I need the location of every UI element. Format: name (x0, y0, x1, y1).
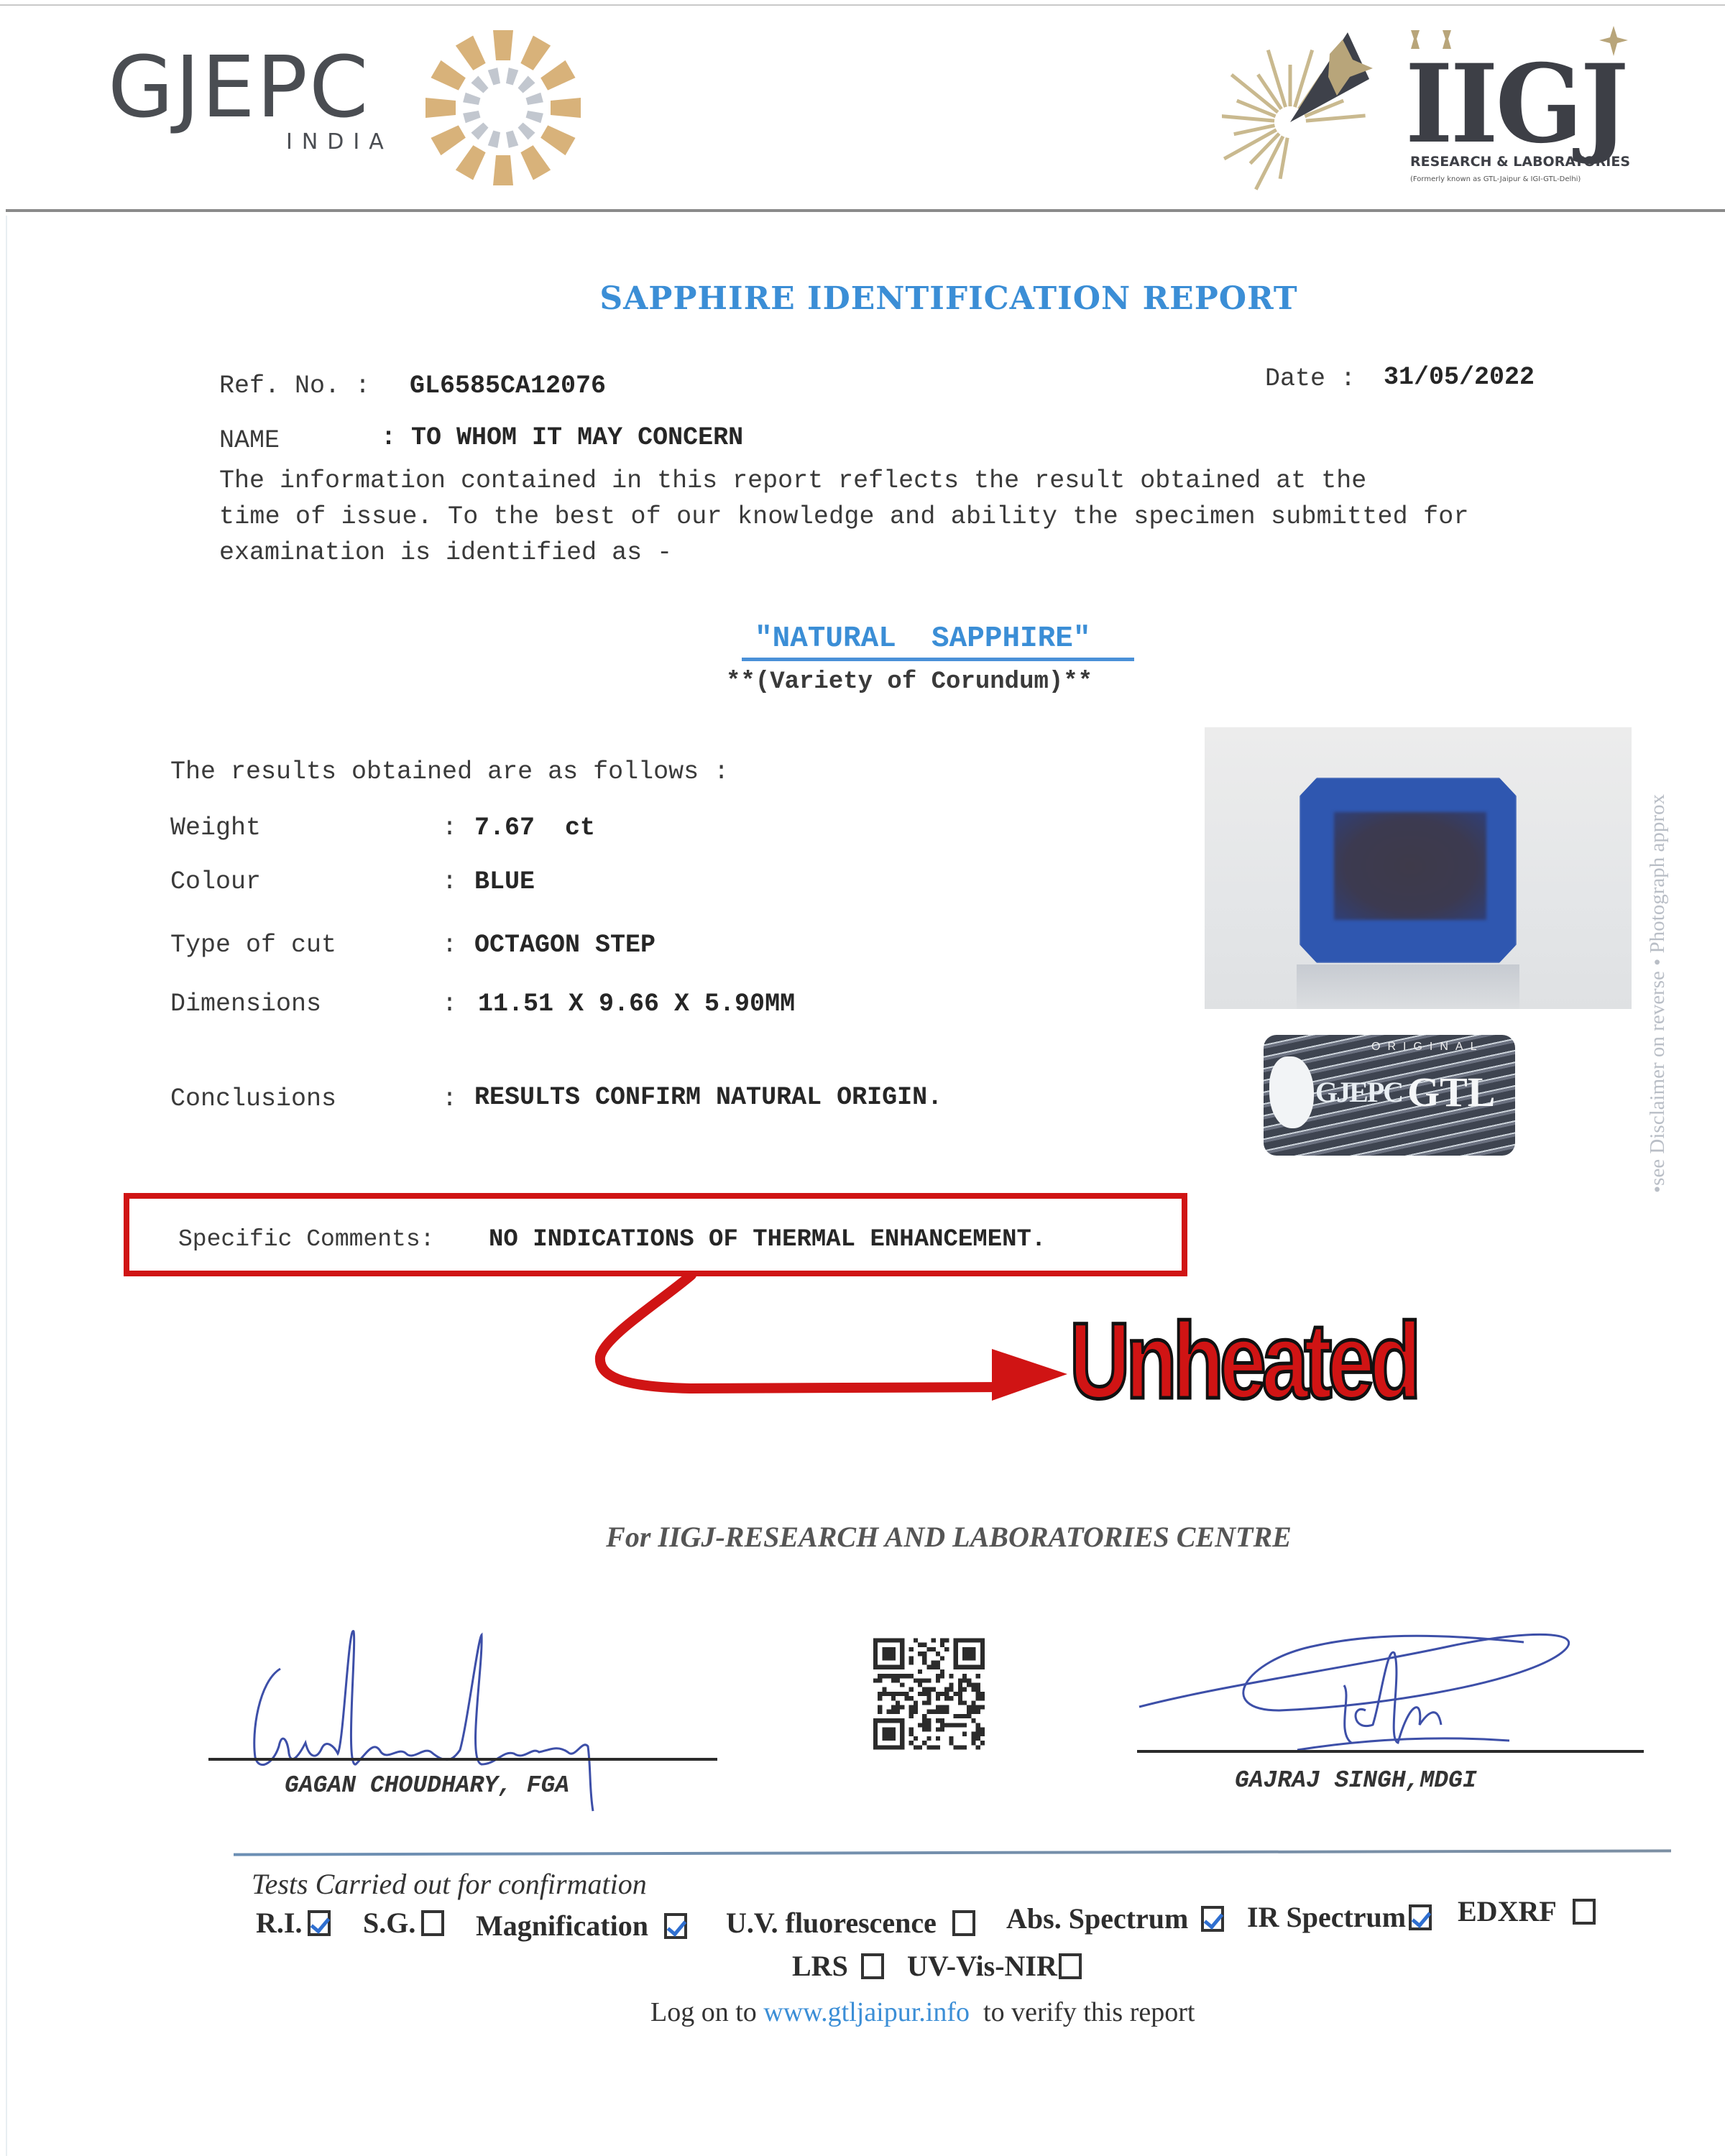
page-top-edge (0, 4, 1725, 6)
verify-link[interactable]: www.gtljaipur.info (763, 1997, 970, 2027)
date-value: 31/05/2022 (1384, 365, 1535, 390)
result-label-dimensions: Dimensions (170, 992, 321, 1017)
gemstone-photo (1205, 727, 1632, 1009)
tests-divider (234, 1849, 1671, 1856)
test-checkbox[interactable] (1409, 1904, 1432, 1930)
test-checkbox[interactable] (664, 1913, 687, 1939)
gem-table (1334, 812, 1486, 920)
test-label: LRS (792, 1949, 848, 1983)
test-sg: S.G. (363, 1906, 444, 1940)
test-label: Abs. Spectrum (1006, 1902, 1188, 1935)
iigj-starburst-icon (1222, 25, 1387, 194)
photo-disclaimer-note: •see Disclaimer on reverse • Photograph … (1646, 762, 1667, 1193)
hologram-shine (1269, 1056, 1314, 1128)
test-checkbox[interactable] (1059, 1953, 1082, 1979)
result-colon: : (442, 933, 457, 958)
test-uv-vis-nir: UV-Vis-NIR (907, 1949, 1082, 1983)
hologram-band-text: ORIGINAL (1371, 1041, 1483, 1054)
result-colon: : (442, 1087, 457, 1112)
gjepc-logo-text: GJEPC (108, 45, 369, 129)
test-label: S.G. (363, 1906, 415, 1940)
test-checkbox[interactable] (421, 1910, 444, 1936)
iigj-logo-text: IIGJ (1405, 50, 1626, 158)
verify-note: Log on to www.gtljaipur.info to verify t… (650, 1996, 1195, 2028)
result-value-dimensions: 11.51 X 9.66 X 5.90MM (478, 992, 795, 1017)
test-label: R.I. (256, 1906, 302, 1940)
unheated-label: Unheated (1069, 1307, 1417, 1414)
result-label-colour: Colour (170, 870, 261, 895)
date-label: Date : (1265, 367, 1356, 392)
hologram-gtl-text: GTL (1407, 1068, 1496, 1116)
page-left-edge (6, 216, 7, 2156)
result-label-weight: Weight (170, 816, 261, 841)
security-hologram: ORIGINAL GJEPC GTL (1264, 1035, 1515, 1156)
verify-prefix: Log on to (650, 1997, 763, 2027)
signature-right-icon (1136, 1617, 1610, 1761)
identification-variety: **(Variety of Corundum)** (726, 668, 1092, 696)
result-value-weight: 7.67 ct (474, 816, 595, 841)
test-ri: R.I. (256, 1906, 331, 1940)
test-lrs: LRS (792, 1949, 884, 1983)
result-colon: : (442, 816, 457, 841)
signatory-name-left: GAGAN CHOUDHARY, FGA (285, 1772, 569, 1799)
test-checkbox[interactable] (1201, 1906, 1224, 1932)
iigj-tagline: RESEARCH & LABORATORIES (1410, 154, 1630, 170)
hologram-gjepc-text: GJEPC (1315, 1075, 1402, 1109)
signature-line-right (1137, 1750, 1644, 1753)
result-label-cut: Type of cut (170, 933, 336, 958)
name-colon: : (381, 423, 396, 452)
gjepc-logo-subtitle: INDIA (286, 129, 393, 155)
comments-value: NO INDICATIONS OF THERMAL ENHANCEMENT. (489, 1227, 1046, 1252)
test-abs-spectrum: Abs. Spectrum (1006, 1902, 1224, 1935)
report-title: SAPPHIRE IDENTIFICATION REPORT (0, 280, 1725, 317)
test-label: UV-Vis-NIR (907, 1949, 1057, 1983)
result-colon: : (442, 992, 457, 1017)
ref-no-label: Ref. No. : (219, 374, 370, 399)
gem-reflection (1297, 964, 1519, 1009)
test-label: IR Spectrum (1247, 1900, 1406, 1934)
identification-underline (742, 658, 1134, 661)
intro-line-2: time of issue. To the best of our knowle… (219, 505, 1469, 530)
gjepc-sunburst-icon (420, 25, 586, 190)
test-checkbox[interactable] (1573, 1899, 1596, 1925)
test-label: EDXRF (1458, 1894, 1557, 1928)
test-checkbox[interactable] (308, 1910, 331, 1936)
result-value-cut: OCTAGON STEP (474, 933, 655, 958)
result-colon: : (442, 870, 457, 895)
test-checkbox[interactable] (952, 1910, 975, 1936)
header-divider (6, 209, 1725, 212)
ref-no-value: GL6585CA12076 (410, 374, 606, 399)
specific-comments-box: Specific Comments: NO INDICATIONS OF THE… (124, 1193, 1187, 1276)
test-checkbox[interactable] (861, 1953, 884, 1979)
test-label: Magnification (476, 1909, 648, 1943)
test-uv-fluorescence: U.V. fluorescence (726, 1906, 975, 1940)
comments-label: Specific Comments: (178, 1227, 434, 1251)
test-magnification: Magnification (476, 1909, 687, 1943)
name-value: : TO WHOM IT MAY CONCERN (381, 425, 743, 451)
iigj-formerly-note: (Formerly known as GTL-Jaipur & IGI-GTL-… (1410, 175, 1581, 183)
identification-name: "NATURAL SAPPHIRE" (755, 622, 1090, 655)
result-value-colour: BLUE (474, 870, 535, 895)
verify-suffix: to verify this report (970, 1997, 1195, 2027)
tests-heading: Tests Carried out for confirmation (252, 1867, 647, 1901)
results-heading: The results obtained are as follows : (170, 760, 729, 785)
red-arrow-icon (589, 1272, 1092, 1401)
name-label: NAME (219, 428, 280, 453)
name-text: TO WHOM IT MAY CONCERN (411, 423, 743, 452)
qr-code-icon (873, 1637, 985, 1751)
result-value-conclusions: RESULTS CONFIRM NATURAL ORIGIN. (474, 1085, 942, 1110)
test-edxrf: EDXRF (1458, 1894, 1596, 1928)
result-label-conclusions: Conclusions (170, 1087, 336, 1112)
signatory-organization: For IIGJ-RESEARCH AND LABORATORIES CENTR… (0, 1520, 1725, 1554)
intro-line-1: The information contained in this report… (219, 469, 1366, 494)
signatory-name-right: GAJRAJ SINGH,MDGI (1235, 1767, 1477, 1794)
intro-line-3: examination is identified as - (219, 540, 672, 566)
signature-line-left (208, 1758, 717, 1761)
test-label: U.V. fluorescence (726, 1906, 937, 1940)
test-ir-spectrum: IR Spectrum (1247, 1900, 1432, 1934)
